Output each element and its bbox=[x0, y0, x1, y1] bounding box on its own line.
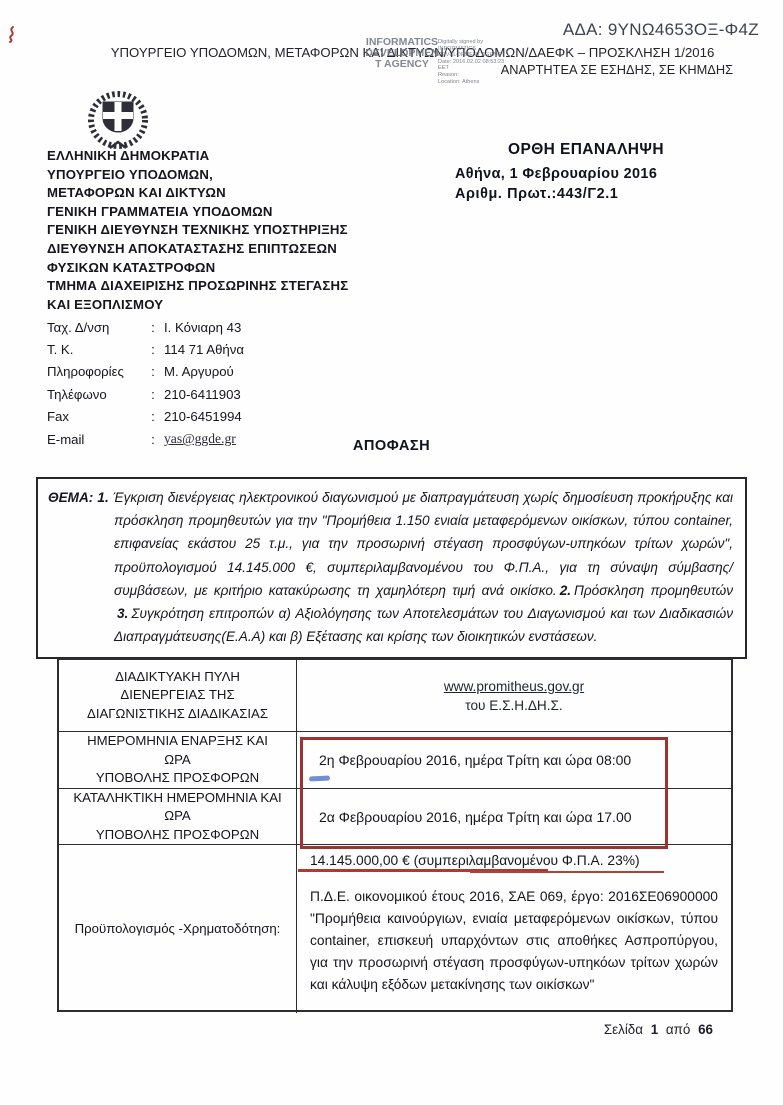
table-row-start-date: ΗΜΕΡΟΜΗΝΙΑ ΕΝΑΡΞΗΣ ΚΑΙ ΩΡΑ ΥΠΟΒΟΛΗΣ ΠΡΟΣ… bbox=[59, 732, 731, 789]
ada-code: ΑΔΑ: 9ΥΝΩ4653ΟΞ-Φ4Ζ bbox=[563, 20, 759, 40]
stamp-agency-line: T AGENCY bbox=[362, 59, 442, 70]
subject-text-2: Πρόσκληση προμηθευτών bbox=[574, 583, 733, 598]
portal-cell: www.promitheus.gov.gr του Ε.Σ.Η.ΔΗ.Σ. bbox=[297, 660, 731, 731]
agency-line: ΓΕΝΙΚΗ ΓΡΑΜΜΑΤΕΙΑ ΥΠΟΔΟΜΩΝ bbox=[47, 203, 348, 222]
row-label-line: ΥΠΟΒΟΛΗΣ ΠΡΟΣΦΟΡΩΝ bbox=[96, 826, 259, 845]
stamp-detail-line: DEVELOPMENT AGENCY bbox=[438, 52, 528, 59]
greek-coat-of-arms-icon bbox=[70, 86, 166, 154]
agency-line: ΚΑΙ ΕΞΟΠΛΙΣΜΟΥ bbox=[47, 296, 348, 315]
contact-value: 210-6411903 bbox=[164, 387, 241, 402]
procurement-info-table: ΔΙΑΔΙΚΤΥΑΚΗ ΠΥΛΗ ΔΙΕΝΕΡΓΕΙΑΣ ΤΗΣ ΔΙΑΓΩΝΙ… bbox=[57, 658, 733, 1012]
contact-value: 210-6451994 bbox=[164, 409, 242, 424]
subject-text-1: Έγκριση διενέργειας ηλεκτρονικού διαγωνι… bbox=[113, 490, 733, 598]
funding-paragraph: Π.Δ.Ε. οικονομικού έτους 2016, ΣΑΕ 069, … bbox=[310, 886, 718, 996]
letterhead-agency-block: ΕΛΛΗΝΙΚΗ ΔΗΜΟΚΡΑΤΙΑ ΥΠΟΥΡΓΕΙΟ ΥΠΟΔΟΜΩΝ, … bbox=[47, 147, 348, 314]
row-label-portal: ΔΙΑΔΙΚΤΥΑΚΗ ΠΥΛΗ ΔΙΕΝΕΡΓΕΙΑΣ ΤΗΣ ΔΙΑΓΩΝΙ… bbox=[59, 660, 297, 731]
subject-label: ΘΕΜΑ: 1. bbox=[48, 490, 109, 505]
row-label-deadline: ΚΑΤΑΛΗΚΤΙΚΗ ΗΜΕΡΟΜΗΝΙΑ ΚΑΙ ΩΡΑ ΥΠΟΒΟΛΗΣ … bbox=[59, 789, 297, 844]
footer-page-number: 1 bbox=[651, 1022, 658, 1037]
contact-row: Πληροφορίες : Μ. Αργυρού bbox=[47, 361, 244, 383]
deadline-cell: 2α Φεβρουαρίου 2016, ημέρα Τρίτη και ώρα… bbox=[297, 789, 731, 844]
digital-signature-details: Digitally signed by INFORMATICS DEVELOPM… bbox=[438, 39, 528, 85]
contact-row: Ταχ. Δ/νση : Ι. Κόνιαρη 43 bbox=[47, 316, 244, 338]
row-label-line: Προϋπολογισμός -Χρηματοδότηση: bbox=[75, 920, 281, 939]
subject-number-2: 2. bbox=[560, 583, 571, 598]
red-pen-squiggle bbox=[5, 25, 19, 45]
table-row-deadline: ΚΑΤΑΛΗΚΤΙΚΗ ΗΜΕΡΟΜΗΝΙΑ ΚΑΙ ΩΡΑ ΥΠΟΒΟΛΗΣ … bbox=[59, 789, 731, 845]
stamp-detail-line: Digitally signed by bbox=[438, 39, 528, 46]
row-label-start-date: ΗΜΕΡΟΜΗΝΙΑ ΕΝΑΡΞΗΣ ΚΑΙ ΩΡΑ ΥΠΟΒΟΛΗΣ ΠΡΟΣ… bbox=[59, 732, 297, 788]
portal-platform-name: του Ε.Σ.Η.ΔΗ.Σ. bbox=[465, 698, 562, 713]
stamp-detail-line: Location: Athens bbox=[438, 79, 528, 86]
contact-value: Ι. Κόνιαρη 43 bbox=[164, 320, 241, 335]
decision-title: ΑΠΟΦΑΣΗ bbox=[0, 438, 783, 454]
contact-row: Τηλέφωνο : 210-6411903 bbox=[47, 383, 244, 405]
row-label-line: ΥΠΟΒΟΛΗΣ ΠΡΟΣΦΟΡΩΝ bbox=[96, 769, 259, 788]
contact-label: Ταχ. Δ/νση bbox=[47, 320, 142, 335]
table-row-portal: ΔΙΑΔΙΚΤΥΑΚΗ ΠΥΛΗ ΔΙΕΝΕΡΓΕΙΑΣ ΤΗΣ ΔΙΑΓΩΝΙ… bbox=[59, 660, 731, 732]
contact-colon: : bbox=[142, 342, 164, 357]
agency-line: ΓΕΝΙΚΗ ΔΙΕΥΘΥΝΣΗ ΤΕΧΝΙΚΗΣ ΥΠΟΣΤΗΡΙΞΗΣ bbox=[47, 221, 348, 240]
contact-label: Πληροφορίες bbox=[47, 364, 142, 379]
stamp-detail-line: Date: 2016.02.02 08:53:23 bbox=[438, 59, 528, 66]
contact-row: Τ. Κ. : 114 71 Αθήνα bbox=[47, 338, 244, 360]
contact-label: Fax bbox=[47, 409, 142, 424]
stamp-detail-line: INFORMATICS bbox=[438, 46, 528, 53]
anartitea-line: ΑΝΑΡΤΗΤΕΑ ΣΕ ΕΣΗΔΗΣ, ΣΕ ΚΗΜΔΗΣ bbox=[501, 62, 733, 77]
row-label-line: ΚΑΤΑΛΗΚΤΙΚΗ ΗΜΕΡΟΜΗΝΙΑ ΚΑΙ ΩΡΑ bbox=[73, 789, 282, 826]
agency-line: ΕΛΛΗΝΙΚΗ ΔΗΜΟΚΡΑΤΙΑ bbox=[47, 147, 348, 166]
agency-line: ΜΕΤΑΦΟΡΩΝ ΚΑΙ ΔΙΚΤΥΩΝ bbox=[47, 184, 348, 203]
contact-row: Fax : 210-6451994 bbox=[47, 406, 244, 428]
contact-colon: : bbox=[142, 387, 164, 402]
portal-link[interactable]: www.promitheus.gov.gr bbox=[444, 679, 584, 694]
contact-colon: : bbox=[142, 320, 164, 335]
subject-paragraph: ΘΕΜΑ: 1. Έγκριση διενέργειας ηλεκτρονικο… bbox=[48, 486, 733, 648]
agency-line: ΥΠΟΥΡΓΕΙΟ ΥΠΟΔΟΜΩΝ, bbox=[47, 166, 348, 185]
contact-block: Ταχ. Δ/νση : Ι. Κόνιαρη 43 Τ. Κ. : 114 7… bbox=[47, 316, 244, 450]
contact-label: Τ. Κ. bbox=[47, 342, 142, 357]
agency-line: ΦΥΣΙΚΩΝ ΚΑΤΑΣΤΡΟΦΩΝ bbox=[47, 259, 348, 278]
row-label-line: ΔΙΑΔΙΚΤΥΑΚΗ ΠΥΛΗ ΔΙΕΝΕΡΓΕΙΑΣ ΤΗΣ bbox=[73, 668, 282, 705]
footer-word-page: Σελίδα bbox=[604, 1022, 643, 1037]
contact-value: 114 71 Αθήνα bbox=[164, 342, 244, 357]
page-number-footer: Σελίδα 1 από 66 bbox=[600, 1022, 713, 1037]
row-label-budget: Προϋπολογισμός -Χρηματοδότηση: bbox=[59, 845, 297, 1013]
agency-line: ΤΜΗΜΑ ΔΙΑΧΕΙΡΙΣΗΣ ΠΡΟΣΩΡΙΝΗΣ ΣΤΕΓΑΣΗΣ bbox=[47, 277, 348, 296]
contact-label: Τηλέφωνο bbox=[47, 387, 142, 402]
footer-word-of: από bbox=[666, 1022, 690, 1037]
start-date-value: 2η Φεβρουαρίου 2016, ημέρα Τρίτη και ώρα… bbox=[319, 752, 631, 768]
subject-text-3: Συγκρότηση επιτροπών α) Αξιολόγησης των … bbox=[114, 606, 733, 644]
agency-line: ΔΙΕΥΘΥΝΣΗ ΑΠΟΚΑΤΑΣΤΑΣΗΣ ΕΠΙΠΤΩΣΕΩΝ bbox=[47, 240, 348, 259]
budget-amount: 14.145.000,00 € (συμπεριλαμβανομένου Φ.Π… bbox=[310, 851, 718, 871]
deadline-value: 2α Φεβρουαρίου 2016, ημέρα Τρίτη και ώρα… bbox=[319, 809, 632, 825]
budget-cell: 14.145.000,00 € (συμπεριλαμβανομένου Φ.Π… bbox=[297, 845, 731, 1013]
contact-colon: : bbox=[142, 409, 164, 424]
contact-value: Μ. Αργυρού bbox=[164, 364, 234, 379]
stamp-detail-line: Reason: bbox=[438, 72, 528, 79]
digital-signature-stamp: INFORMATICS DEVELOPMEN T AGENCY bbox=[362, 37, 442, 70]
subject-number-3: 3. bbox=[117, 606, 128, 621]
subject-box: ΘΕΜΑ: 1. Έγκριση διενέργειας ηλεκτρονικο… bbox=[36, 477, 747, 659]
document-page: ΑΔΑ: 9ΥΝΩ4653ΟΞ-Φ4Ζ ΥΠΟΥΡΓΕΙΟ ΥΠΟΔΟΜΩΝ, … bbox=[0, 0, 783, 1105]
contact-colon: : bbox=[142, 364, 164, 379]
stamp-detail-line: EET bbox=[438, 65, 528, 72]
table-row-budget: Προϋπολογισμός -Χρηματοδότηση: 14.145.00… bbox=[59, 845, 731, 1013]
footer-total-pages: 66 bbox=[698, 1022, 713, 1037]
city-date: Αθήνα, 1 Φεβρουαρίου 2016 bbox=[455, 166, 657, 182]
row-label-line: ΔΙΑΓΩΝΙΣΤΙΚΗΣ ΔΙΑΔΙΚΑΣΙΑΣ bbox=[87, 705, 268, 724]
correction-note: ΟΡΘΗ ΕΠΑΝΑΛΗΨΗ bbox=[508, 141, 664, 159]
protocol-number: Αριθμ. Πρωτ.:443/Γ2.1 bbox=[455, 186, 618, 202]
row-label-line: ΗΜΕΡΟΜΗΝΙΑ ΕΝΑΡΞΗΣ ΚΑΙ ΩΡΑ bbox=[73, 732, 282, 769]
start-date-cell: 2η Φεβρουαρίου 2016, ημέρα Τρίτη και ώρα… bbox=[297, 732, 731, 788]
